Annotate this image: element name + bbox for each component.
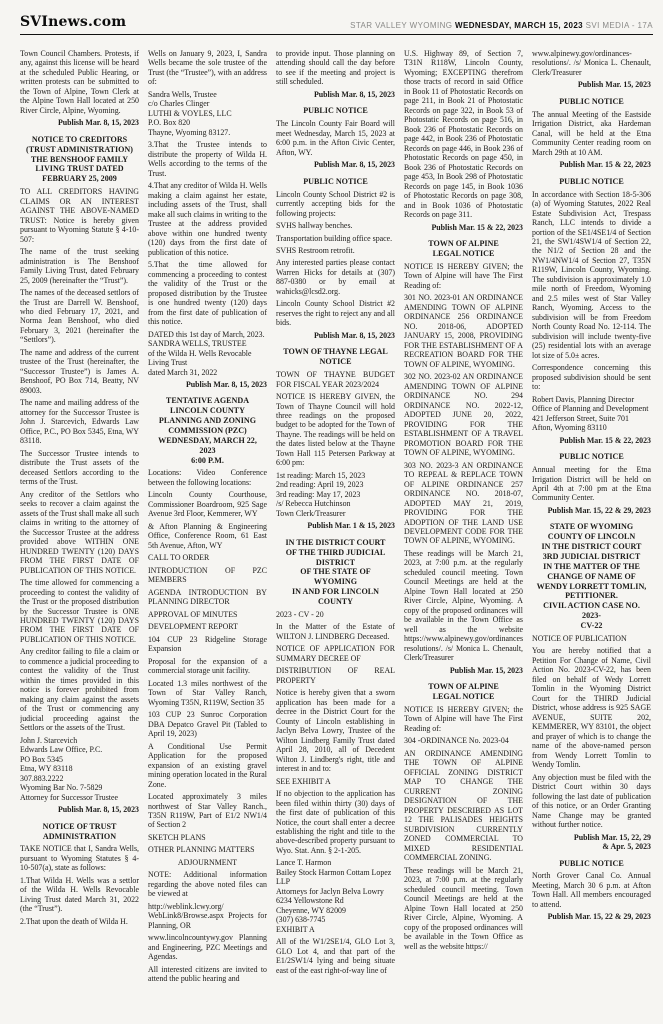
notice-paragraph: The Lincoln County Fair Board will meet … xyxy=(276,119,395,157)
notice-paragraph: Located approximately 3 miles northwest … xyxy=(148,792,267,830)
notice-paragraph: Wells on January 9, 2023, I, Sandra Well… xyxy=(148,49,267,87)
newspaper-page: SVInews.com STAR VALLEY WYOMING WEDNESDA… xyxy=(0,0,663,1024)
notice-paragraph: Any creditor of the Settlors who seeks t… xyxy=(20,490,139,575)
masthead-location: STAR VALLEY WYOMING xyxy=(350,21,455,30)
notice-paragraph: Transportation building office space. xyxy=(276,234,395,243)
notice-paragraph: 2023 - CV - 20 xyxy=(276,610,395,619)
notice-paragraph: These readings will be March 21, 2023, a… xyxy=(404,549,523,663)
notice-heading: PUBLIC NOTICE xyxy=(534,177,649,187)
notice-paragraph: DISTRIBUTION OF REAL PROPERTY xyxy=(276,666,395,685)
notice-paragraph: NOTICE IS HEREBY GIVEN, the Town of Thay… xyxy=(276,392,395,468)
notice-paragraph: All interested citizens are invited to a… xyxy=(148,965,267,984)
publish-line: Publish Mar. 1 & 15, 2023 xyxy=(276,521,395,530)
notice-heading: PUBLIC NOTICE xyxy=(278,106,393,116)
notice-paragraph: 104 CUP 23 Ridgeline Storage Expansion xyxy=(148,635,267,654)
notice-paragraph: NOTICE OF APPLICATION FOR SUMMARY DECREE… xyxy=(276,644,395,663)
publish-line: Publish Mar. 8, 15, 2023 xyxy=(276,160,395,169)
notice-paragraph: Notice is hereby given that a sworn appl… xyxy=(276,688,395,773)
notice-heading: TENTATIVE AGENDA LINCOLN COUNTY PLANNING… xyxy=(150,396,265,465)
notice-paragraph: The name and mailing address of the atto… xyxy=(20,398,139,445)
notice-paragraph: 301 NO. 2023-01 AN ORDINANCE AMENDING TO… xyxy=(404,293,523,369)
notice-paragraph: North Grover Canal Co. Annual Meeting, M… xyxy=(532,871,651,909)
notice-paragraph: Correspondence concerning this proposed … xyxy=(532,363,651,391)
notice-paragraph: 304 -ORDINANCE No. 2023-04 xyxy=(404,736,523,745)
notice-heading: PUBLIC NOTICE xyxy=(534,859,649,869)
notice-paragraph: CALL TO ORDER xyxy=(148,553,267,562)
notice-paragraph: SKETCH PLANS xyxy=(148,833,267,842)
notice-paragraph: 5.That the time allowed for commencing a… xyxy=(148,260,267,326)
notice-paragraph: DEVELOPMENT REPORT xyxy=(148,622,267,631)
notice-paragraph: The name and address of the current trus… xyxy=(20,348,139,395)
notice-paragraph: U.S. Highway 89, of Section 7, T31N R118… xyxy=(404,49,523,220)
notice-paragraph: Located 1.3 miles northwest of the Town … xyxy=(148,679,267,707)
notice-paragraph: TO ALL CREDITORS HAVING CLAIMS OR AN INT… xyxy=(20,187,139,244)
publish-line: Publish Mar. 15 & 22, 2023 xyxy=(532,436,651,445)
notice-paragraph: http://weblink.lcwy.org/ WebLink8/Browse… xyxy=(148,902,267,930)
site-logo: SVInews.com xyxy=(20,14,126,30)
publish-line: Publish Mar. 15, 22 & 29, 2023 xyxy=(532,506,651,515)
notice-paragraph: Lincoln County Courthouse, Commissioner … xyxy=(148,490,267,518)
notice-paragraph: to provide input. Those planning on atte… xyxy=(276,49,395,87)
notice-column-2: Wells on January 9, 2023, I, Sandra Well… xyxy=(148,49,267,1009)
notice-heading: TOWN OF ALPINE LEGAL NOTICE xyxy=(406,239,521,259)
publish-line: Publish Mar. 15 & 22, 2023 xyxy=(532,160,651,169)
notice-column-3: to provide input. Those planning on atte… xyxy=(276,49,395,1009)
notice-paragraph: Proposal for the expansion of a commerci… xyxy=(148,657,267,676)
notice-heading: TOWN OF THAYNE LEGAL NOTICE xyxy=(278,347,393,367)
notice-paragraph: Any objection must be filed with the Dis… xyxy=(532,773,651,830)
notice-paragraph: SEE EXHIBIT A xyxy=(276,777,395,786)
notice-paragraph: The annual Meeting of the Eastside Irrig… xyxy=(532,110,651,157)
publish-line: Publish Mar. 15, 22 & 29, 2023 xyxy=(532,912,651,921)
notice-heading: TOWN OF ALPINE LEGAL NOTICE xyxy=(406,682,521,702)
notice-paragraph: 303 NO. 2023-3 AN ORDINANCE TO REPEAL & … xyxy=(404,461,523,546)
notice-column-5: www.alpinewy.gov/ordinances-resolutions/… xyxy=(532,49,651,1009)
notice-paragraph: John J. Starcevich Edwards Law Office, P… xyxy=(20,736,139,802)
notice-paragraph: NOTICE IS HEREBY GIVEN; the Town of Alpi… xyxy=(404,705,523,733)
notice-paragraph: OTHER PLANNING MATTERS xyxy=(148,845,267,854)
notice-paragraph: SVHS Restroom retrofit. xyxy=(276,246,395,255)
notice-paragraph: The Successor Trustee intends to distrib… xyxy=(20,449,139,487)
notice-heading: NOTICE OF TRUST ADMINISTRATION xyxy=(22,822,137,842)
publish-line: Publish Mar. 8, 15, 2023 xyxy=(148,380,267,389)
notice-paragraph: Lincoln County School District #2 reserv… xyxy=(276,299,395,327)
notice-paragraph: The time allowed for commencing a procee… xyxy=(20,578,139,644)
publish-line: Publish Mar. 15 & 22, 2023 xyxy=(404,223,523,232)
notice-paragraph: 4.That any creditor of Wilda H. Wells ma… xyxy=(148,181,267,257)
publish-line: Publish Mar. 15, 22, 29 & Apr. 5, 2023 xyxy=(532,833,651,852)
notice-paragraph: INTRODUCTION OF PZC MEMBERS xyxy=(148,566,267,585)
notice-paragraph: 3.That the Trustee intends to distribute… xyxy=(148,140,267,178)
notice-paragraph: & Afton Planning & Engineering Office, C… xyxy=(148,522,267,550)
notice-heading: IN THE DISTRICT COURT OF THE THIRD JUDIC… xyxy=(278,538,393,607)
notice-paragraph: NOTE: Additional information regarding t… xyxy=(148,870,267,898)
notice-paragraph: Town Council Chambers. Protests, if any,… xyxy=(20,49,139,115)
publish-line: Publish Mar. 8, 15, 2023 xyxy=(276,90,395,99)
notice-paragraph: NOTICE OF PUBLICATION xyxy=(532,634,651,643)
notice-paragraph: 1st reading: March 15, 2023 2nd reading:… xyxy=(276,471,395,518)
notice-paragraph: ADJOURNMENT xyxy=(148,858,267,867)
notice-heading: NOTICE TO CREDITORS (TRUST ADMINISTRATIO… xyxy=(22,135,137,184)
notice-column-4: U.S. Highway 89, of Section 7, T31N R118… xyxy=(404,49,523,1009)
notice-paragraph: TOWN OF THAYNE BUDGET FOR FISCAL YEAR 20… xyxy=(276,370,395,389)
notice-paragraph: Lincoln County School District #2 is cur… xyxy=(276,190,395,218)
notice-paragraph: Sandra Wells, Trustee c/o Charles Clinge… xyxy=(148,90,267,137)
notice-heading: STATE OF WYOMING COUNTY OF LINCOLN IN TH… xyxy=(534,522,649,630)
notice-heading: PUBLIC NOTICE xyxy=(534,452,649,462)
notice-paragraph: Lance T. Harmon Bailey Stock Harmon Cott… xyxy=(276,858,395,934)
publish-line: Publish Mar. 15, 2023 xyxy=(404,666,523,675)
publish-line: Publish Mar. 15, 2023 xyxy=(532,80,651,89)
notice-paragraph: APPROVAL OF MINUTES xyxy=(148,610,267,619)
notice-paragraph: TAKE NOTICE that I, Sandra Wells, pursua… xyxy=(20,844,139,872)
masthead-date: WEDNESDAY, MARCH 15, 2023 xyxy=(455,21,583,30)
masthead-page-number: SVI MEDIA - 17A xyxy=(583,21,653,30)
notice-paragraph: Any creditor failing to file a claim or … xyxy=(20,647,139,732)
notice-paragraph: 1.That Wilda H. Wells was a settlor of t… xyxy=(20,876,139,914)
notice-paragraph: If no objection to the application has b… xyxy=(276,789,395,855)
notice-paragraph: A Conditional Use Permit Application for… xyxy=(148,742,267,789)
notice-paragraph: All of the W1/2SE1/4, GLO Lot 3, GLO Lot… xyxy=(276,937,395,975)
notice-column-1: Town Council Chambers. Protests, if any,… xyxy=(20,49,139,1009)
notice-paragraph: DATED this 1st day of March, 2023. SANDR… xyxy=(148,330,267,377)
notice-paragraph: In accordance with Section 18-5-306 (a) … xyxy=(532,190,651,361)
masthead-info: STAR VALLEY WYOMING WEDNESDAY, MARCH 15,… xyxy=(350,21,653,30)
notice-paragraph: The names of the deceased settlors of th… xyxy=(20,288,139,345)
notice-heading: PUBLIC NOTICE xyxy=(278,177,393,187)
notice-paragraph: 103 CUP 23 Sunroc Corporation DBA Depatc… xyxy=(148,710,267,738)
publish-line: Publish Mar. 8, 15, 2023 xyxy=(20,118,139,127)
notice-paragraph: You are hereby notified that a Petition … xyxy=(532,646,651,769)
notice-paragraph: Locations: Video Conference between the … xyxy=(148,468,267,487)
masthead: SVInews.com STAR VALLEY WYOMING WEDNESDA… xyxy=(20,14,653,35)
notice-paragraph: SVHS hallway benches. xyxy=(276,221,395,230)
notice-paragraph: The name of the trust seeking administra… xyxy=(20,247,139,285)
publish-line: Publish Mar. 8, 15, 2023 xyxy=(276,331,395,340)
notice-paragraph: In the Matter of the Estate of WILTON J.… xyxy=(276,622,395,641)
notice-paragraph: NOTICE IS HEREBY GIVEN; the Town of Alpi… xyxy=(404,262,523,290)
notice-paragraph: Robert Davis, Planning Director Office o… xyxy=(532,395,651,433)
notice-paragraph: 302 NO. 2023-02 AN ORDINANCE AMENDING TO… xyxy=(404,372,523,457)
notice-paragraph: AGENDA INTRODUCTION BY PLANNING DIRECTOR xyxy=(148,588,267,607)
notice-paragraph: www.lincolncountywy.gov Planning and Eng… xyxy=(148,933,267,961)
notice-paragraph: www.alpinewy.gov/ordinances-resolutions/… xyxy=(532,49,651,77)
legal-notices-columns: Town Council Chambers. Protests, if any,… xyxy=(20,49,653,1009)
notice-paragraph: 2.That upon the death of Wilda H. xyxy=(20,917,139,926)
notice-paragraph: These readings will be March 21, 2023, a… xyxy=(404,866,523,951)
notice-heading: PUBLIC NOTICE xyxy=(534,97,649,107)
publish-line: Publish Mar. 8, 15, 2023 xyxy=(20,805,139,814)
notice-paragraph: Any interested parties please contact Wa… xyxy=(276,258,395,296)
notice-paragraph: Annual meeting for the Etna Irrigation D… xyxy=(532,465,651,503)
notice-paragraph: AN ORDINANCE AMENDING THE TOWN OF ALPINE… xyxy=(404,749,523,863)
